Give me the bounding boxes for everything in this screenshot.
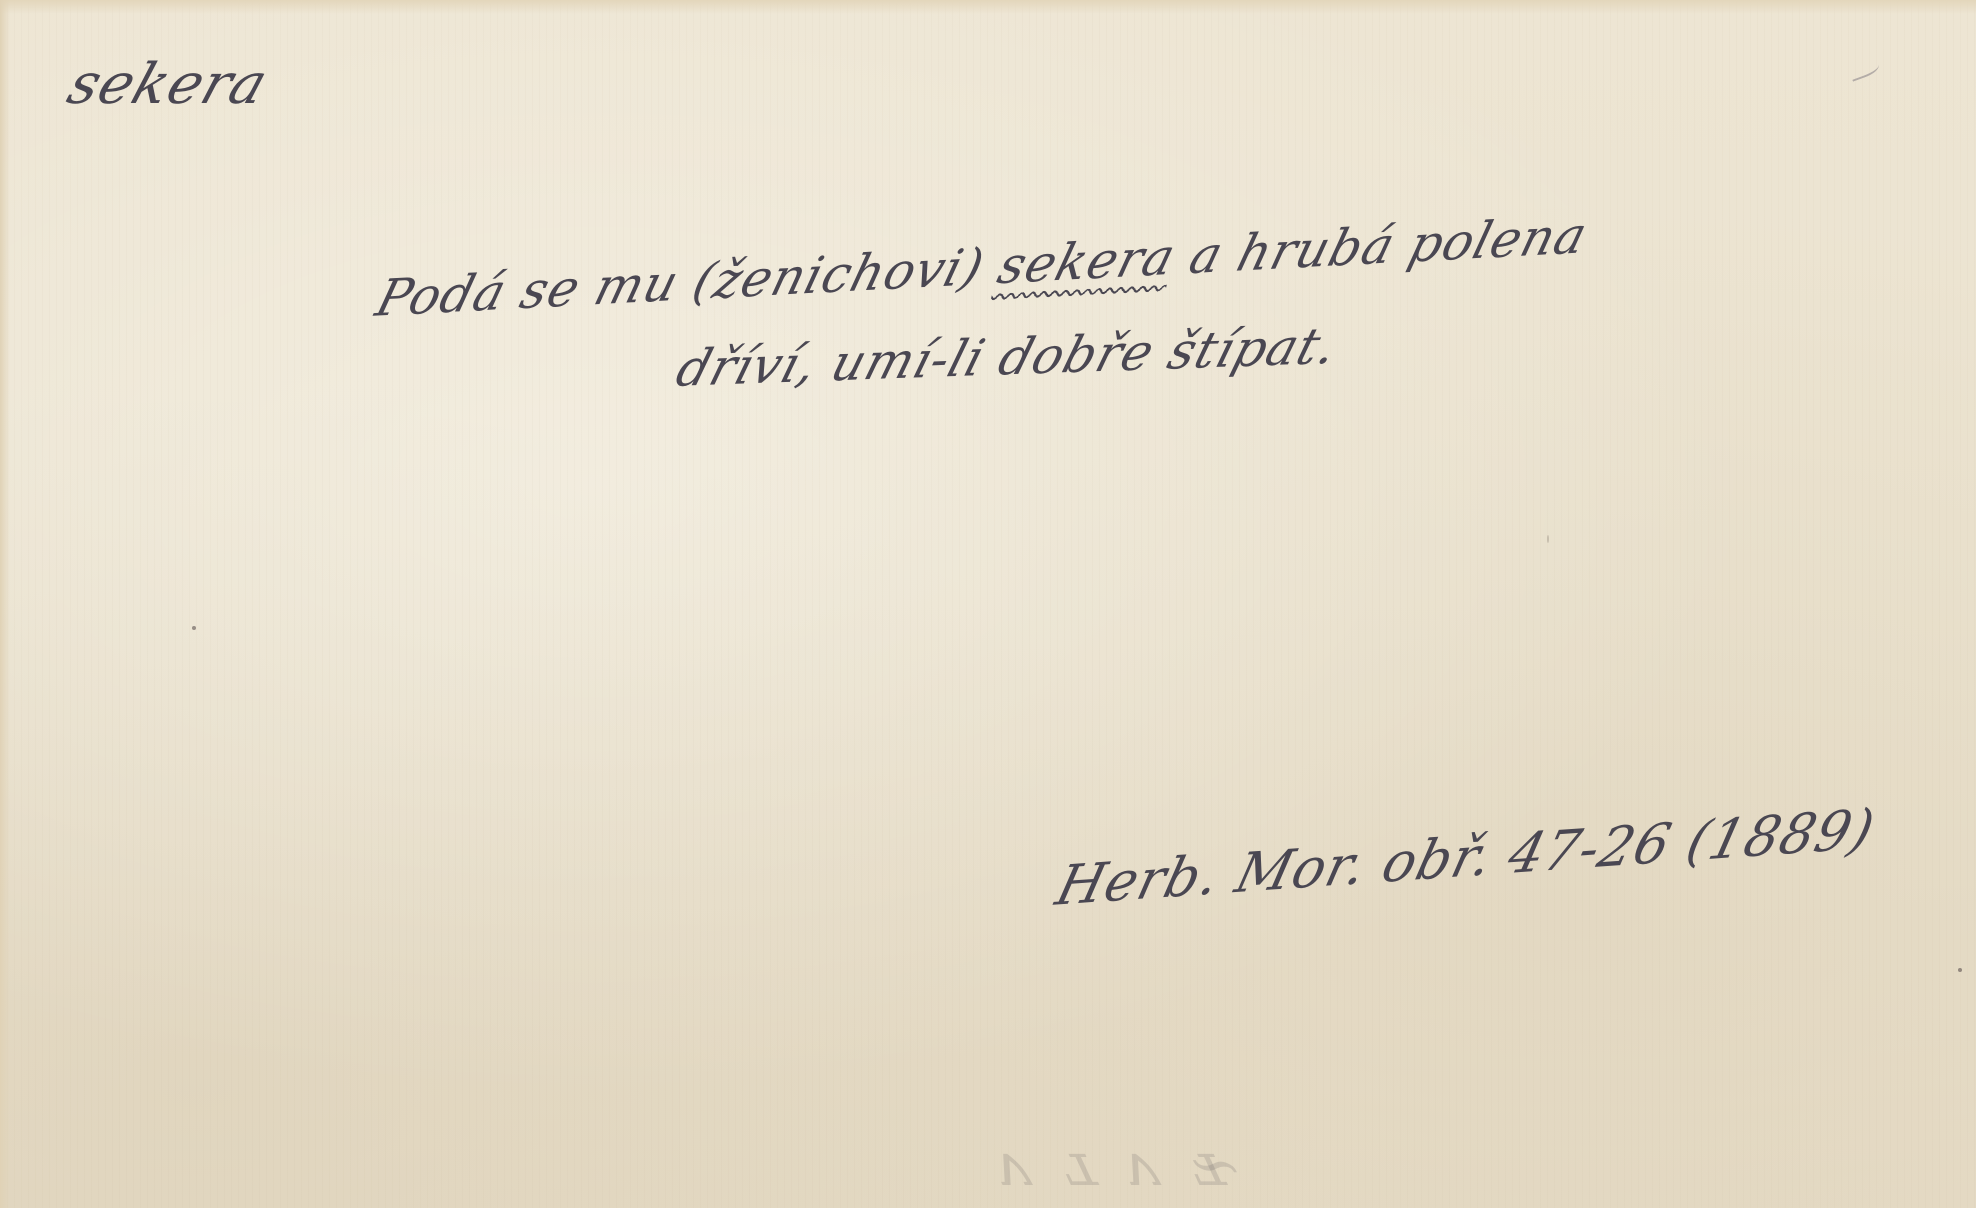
example-text-before: Podá se mu (ženichovi): [370, 237, 1008, 328]
paper-edge-top: [0, 0, 1976, 14]
ink-speck: [1958, 968, 1962, 972]
paper-speck: [1547, 535, 1549, 543]
paper-edge-left: [0, 0, 10, 1208]
headword: sekera: [60, 52, 276, 117]
example-sentence-line-2: dříví, umí-li dobře štípat.: [670, 316, 1345, 398]
source-reference: Herb. Mor. obř. 47-26 (1889): [1050, 797, 1882, 918]
dictionary-slip: sekera Podá se mu (ženichovi) sekera a h…: [0, 0, 1976, 1208]
emphasized-headword: sekera: [992, 227, 1182, 295]
example-text-after: a hrubá polena: [1166, 206, 1594, 286]
reverse-side-bleed-through: ʟ̴ ʌ ʟ ʌ: [981, 1130, 1232, 1200]
pencil-mark: [1849, 60, 1881, 82]
example-sentence-line-1: Podá se mu (ženichovi) sekera a hrubá po…: [370, 206, 1594, 328]
ink-speck: [192, 626, 196, 630]
